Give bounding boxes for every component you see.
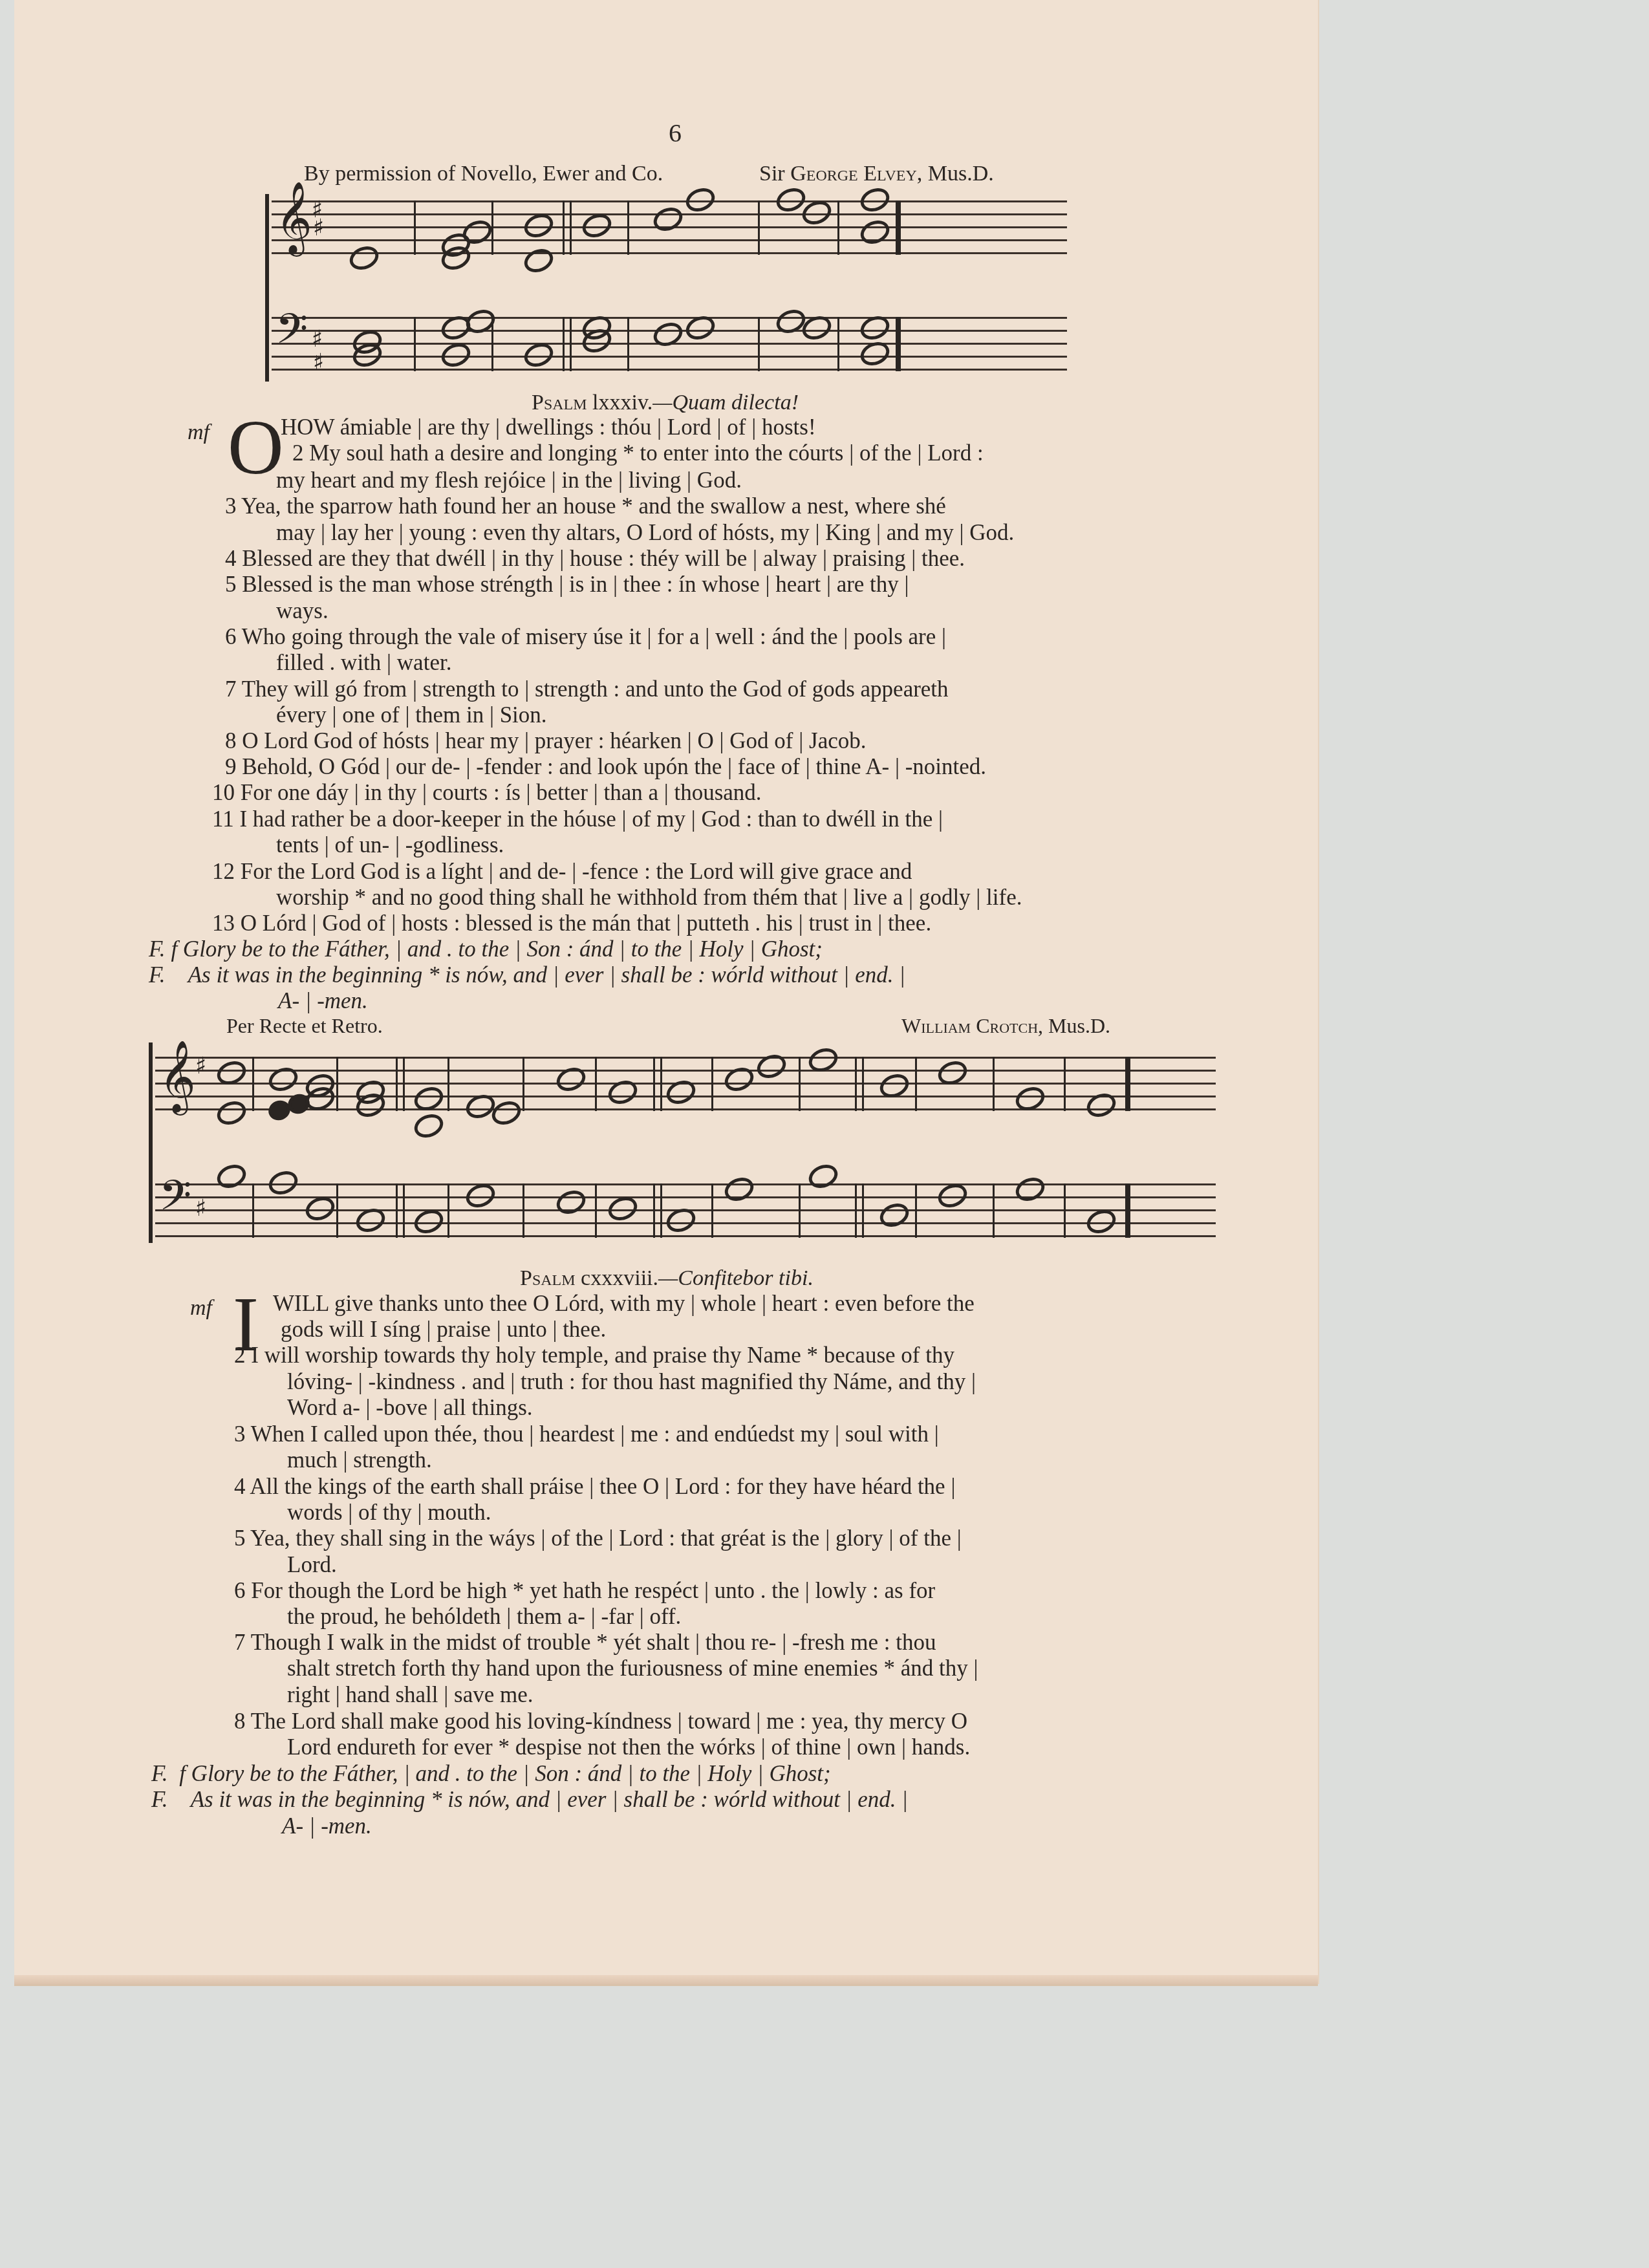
barline xyxy=(915,1183,917,1238)
verse-line: much | strength. xyxy=(287,1449,432,1471)
verse-line: 4 All the kings of the earth shall práis… xyxy=(234,1475,955,1498)
system-brace xyxy=(265,194,269,382)
barline xyxy=(711,1183,713,1238)
barline xyxy=(252,1057,254,1111)
barline xyxy=(523,1183,524,1238)
verse-line: words | of thy | mouth. xyxy=(287,1501,491,1524)
verse-line: my heart and my flesh rejóice | in the |… xyxy=(276,469,742,491)
psalm-138-title: Psalm cxxxviii.—Confitebor tibi. xyxy=(520,1266,814,1291)
verse-line: 2 My soul hath a desire and longing * to… xyxy=(292,442,984,464)
double-barline xyxy=(855,1057,864,1111)
verse-line: 8 O Lord God of hósts | hear my | prayer… xyxy=(225,729,866,752)
sharp-icon: ♯ xyxy=(312,326,323,352)
bass-clef-icon: 𝄢 xyxy=(159,1176,191,1226)
verse-line: may | lay her | young : even thy altars,… xyxy=(276,521,1014,544)
barline xyxy=(799,1057,801,1111)
sharp-icon: ♯ xyxy=(195,1195,206,1222)
verse-line: 3 Yea, the sparrow hath found her an hou… xyxy=(225,495,946,517)
barline xyxy=(447,1183,449,1238)
system-brace xyxy=(149,1042,153,1243)
barline xyxy=(627,317,629,371)
barline xyxy=(993,1183,995,1238)
barline xyxy=(491,200,493,255)
barline xyxy=(414,317,416,371)
treble-clef-icon: 𝄞 xyxy=(159,1045,196,1107)
drop-cap: O xyxy=(228,409,284,486)
verse-line: 6 Who going through the vale of misery ú… xyxy=(225,625,946,648)
verse-line: 5 Yea, they shall sing in the wáys | of … xyxy=(234,1527,962,1550)
double-barline xyxy=(653,1057,662,1111)
sharp-icon: ♯ xyxy=(195,1053,206,1079)
sharp-icon: ♯ xyxy=(313,349,324,376)
final-barline xyxy=(1125,1057,1130,1111)
gloria-line: A- | -men. xyxy=(278,989,368,1012)
gloria-line: F. As it was in the beginning * is nów, … xyxy=(151,1788,908,1811)
composer-credit-elvey: Sir George Elvey, Mus.D. xyxy=(759,162,994,186)
barline xyxy=(993,1057,995,1111)
barline xyxy=(799,1183,801,1238)
dynamic-mark: mf xyxy=(188,420,210,445)
double-barline xyxy=(396,1057,405,1111)
verse-line: shalt stretch forth thy hand upon the fu… xyxy=(287,1657,978,1679)
verse-line: 8 The Lord shall make good his loving-kí… xyxy=(234,1710,967,1733)
final-barline xyxy=(896,200,901,255)
chant-score-elvey: 𝄞 𝄢 ♯ ♯ ♯ ♯ xyxy=(272,188,1067,388)
verse-line: Lord endureth for ever * despise not the… xyxy=(287,1736,970,1758)
verse-line: 10 For one dáy | in thy | courts : ís | … xyxy=(212,781,762,804)
barline xyxy=(336,1057,338,1111)
barline xyxy=(758,200,760,255)
sharp-icon: ♯ xyxy=(313,215,324,241)
final-barline xyxy=(1125,1183,1130,1238)
verse-line: 12 For the Lord God is a líght | and de-… xyxy=(212,860,912,883)
verse-line: Word a- | -bove | all things. xyxy=(287,1396,533,1419)
verse-line: worship * and no good thing shall he wit… xyxy=(276,886,1022,909)
verse-line: évery | one of | them in | Sion. xyxy=(276,704,547,726)
gloria-line: F. f Glory be to the Fáther, | and . to … xyxy=(149,938,823,960)
dynamic-mark: mf xyxy=(190,1296,212,1321)
verse-line: 6 For though the Lord be high * yet hath… xyxy=(234,1579,935,1602)
note-icon xyxy=(411,1110,446,1142)
verse-line: the proud, he behóldeth | them a- | -far… xyxy=(287,1605,681,1628)
double-barline xyxy=(563,200,572,255)
hymnal-page: 6 By permission of Novello, Ewer and Co.… xyxy=(14,0,1318,1984)
barline xyxy=(252,1183,254,1238)
gloria-line: A- | -men. xyxy=(282,1815,372,1837)
verse-line: 2 I will worship towards thy holy temple… xyxy=(234,1344,954,1366)
gloria-line: F. As it was in the beginning * is nów, … xyxy=(149,964,905,986)
verse-line: 4 Blessed are they that dwéll | in thy |… xyxy=(225,547,965,570)
double-barline xyxy=(396,1183,405,1238)
verse-line: WILL give thanks unto thee O Lórd, with … xyxy=(273,1292,975,1315)
verse-line: right | hand shall | save me. xyxy=(287,1683,533,1706)
barline xyxy=(447,1057,449,1111)
verse-line: 7 They will gó from | strength to | stre… xyxy=(225,678,949,700)
page-number: 6 xyxy=(669,118,682,148)
verse-line: 9 Behold, O Gód | our de- | -fender : an… xyxy=(225,755,986,778)
bass-clef-icon: 𝄢 xyxy=(275,309,308,360)
verse-line: 7 Though I walk in the midst of trouble … xyxy=(234,1631,936,1654)
composer-name: George Elvey xyxy=(790,162,917,186)
psalm-84-title: Psalm lxxxiv.—Quam dilecta! xyxy=(532,391,799,415)
verse-line: 11 I had rather be a door-keeper in the … xyxy=(212,808,943,830)
verse-line: Lord. xyxy=(287,1553,337,1576)
barline xyxy=(627,200,629,255)
barline xyxy=(837,317,839,371)
verse-line: HOW ámiable | are thy | dwellings : thóu… xyxy=(281,416,816,438)
barline xyxy=(1064,1183,1066,1238)
permission-credit: By permission of Novello, Ewer and Co. xyxy=(304,162,663,186)
gloria-line: F. f Glory be to the Fáther, | and . to … xyxy=(151,1762,831,1785)
double-barline xyxy=(855,1183,864,1238)
composer-prefix: Sir xyxy=(759,162,790,186)
final-barline xyxy=(896,317,901,371)
barline xyxy=(336,1183,338,1238)
barline xyxy=(915,1057,917,1111)
barline xyxy=(414,200,416,255)
verse-line: 13 O Lórd | God of | hosts : blessed is … xyxy=(212,912,931,934)
barline xyxy=(523,1057,524,1111)
barline xyxy=(711,1057,713,1111)
double-barline xyxy=(563,317,572,371)
verse-line: tents | of un- | -godliness. xyxy=(276,834,504,856)
verse-line: 3 When I called upon thée, thou | hearde… xyxy=(234,1423,939,1445)
chant-note: Per Recte et Retro. xyxy=(226,1014,383,1038)
double-barline xyxy=(653,1183,662,1238)
verse-line: 5 Blessed is the man whose stréngth | is… xyxy=(225,573,909,596)
barline xyxy=(758,317,760,371)
barline xyxy=(837,200,839,255)
barline xyxy=(595,1057,597,1111)
barline xyxy=(595,1183,597,1238)
composer-suffix: , Mus.D. xyxy=(917,162,994,186)
verse-line: filled . with | water. xyxy=(276,651,451,674)
verse-line: lóving- | -kindness . and | truth : for … xyxy=(287,1370,976,1393)
barline xyxy=(1064,1057,1066,1111)
treble-clef-icon: 𝄞 xyxy=(275,186,312,248)
composer-credit-crotch: William Crotch, Mus.D. xyxy=(901,1014,1110,1038)
chant-score-crotch: 𝄞 𝄢 ♯ ♯ xyxy=(155,1042,1216,1249)
verse-line: gods will I síng | praise | unto | thee. xyxy=(281,1318,606,1341)
verse-line: ways. xyxy=(276,599,329,622)
